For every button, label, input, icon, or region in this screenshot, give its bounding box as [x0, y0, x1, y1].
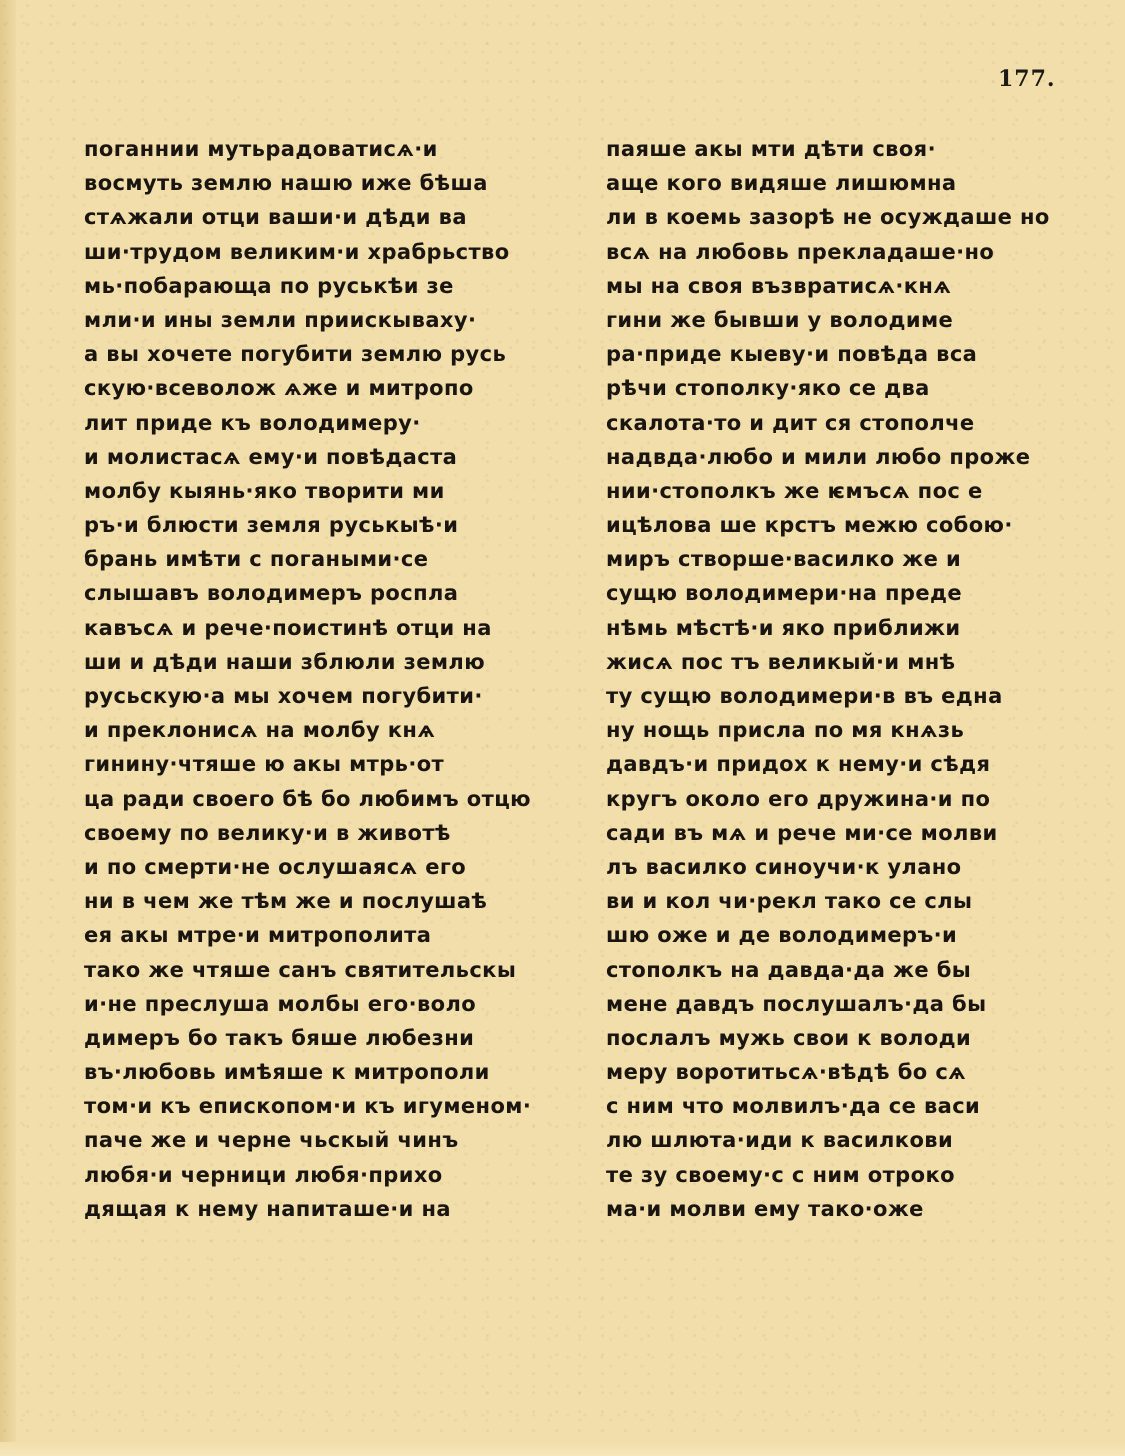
manuscript-line: ши·трудом великим·и храбрьство: [84, 235, 584, 269]
manuscript-line: ли в коемь зазорѣ не осуждаше но: [606, 200, 1076, 234]
manuscript-line: паче же и черне чьскый чинъ: [84, 1123, 584, 1157]
manuscript-line: любя·и черници любя·прихо: [84, 1158, 584, 1192]
manuscript-line: скалота·то и дит ся стополче: [606, 406, 1076, 440]
page-number: 177.: [998, 66, 1056, 92]
manuscript-line: надвда·любо и мили любо проже: [606, 440, 1076, 474]
manuscript-line: сущю володимери·на преде: [606, 576, 1076, 610]
text-column-left: поганнии мутьрадоватисѧ·и восмуть землю …: [84, 132, 584, 1226]
manuscript-line: ръ·и блюсти земля руськыѣ·и: [84, 508, 584, 542]
manuscript-line: и преклонисѧ на молбу кнѧ: [84, 713, 584, 747]
manuscript-line: ма·и молви ему тако·оже: [606, 1192, 1076, 1226]
manuscript-line: стѧжали отци ваши·и дѣди ва: [84, 200, 584, 234]
manuscript-line: русьскую·а мы хочем погубити·: [84, 679, 584, 713]
manuscript-line: ра·приде кыеву·и повѣда вса: [606, 337, 1076, 371]
manuscript-line: жисѧ пос тъ великый·и мнѣ: [606, 645, 1076, 679]
manuscript-line: мене давдъ послушалъ·да бы: [606, 987, 1076, 1021]
manuscript-line: тако же чтяше санъ святительскы: [84, 953, 584, 987]
manuscript-line: и·не преслуша молбы его·воло: [84, 987, 584, 1021]
manuscript-line: миръ створше·василко же и: [606, 542, 1076, 576]
manuscript-line: ну нощь присла по мя кнѧзь: [606, 713, 1076, 747]
text-column-right: паяше акы мти дѣти своя· аще кого видяше…: [606, 132, 1076, 1226]
page-bottom-edge: [0, 1442, 1125, 1456]
manuscript-line: скую·всеволож ѧже и митропо: [84, 371, 584, 405]
manuscript-line: гини же бывши у володиме: [606, 303, 1076, 337]
manuscript-line: въ·любовь имѣяше к митрополи: [84, 1055, 584, 1089]
manuscript-line: димеръ бо такъ бяше любезни: [84, 1021, 584, 1055]
manuscript-line: с ним что молвилъ·да се васи: [606, 1089, 1076, 1123]
manuscript-line: поганнии мутьрадоватисѧ·и: [84, 132, 584, 166]
manuscript-line: сади въ мѧ и рече ми·се молви: [606, 816, 1076, 850]
manuscript-line: нѣмь мѣстѣ·и яко приближи: [606, 611, 1076, 645]
manuscript-line: меру воротитьсѧ·вѣдѣ бо сѧ: [606, 1055, 1076, 1089]
manuscript-line: слышавъ володимеръ росплa: [84, 576, 584, 610]
manuscript-line: нии·стополкъ же ѥмъсѧ пос е: [606, 474, 1076, 508]
manuscript-line: послалъ мужь свои к володи: [606, 1021, 1076, 1055]
manuscript-line: ея акы мтре·и митрополита: [84, 918, 584, 952]
page-left-edge: [0, 0, 16, 1456]
manuscript-line: ицѣлова ше крстъ межю собою·: [606, 508, 1076, 542]
manuscript-line: лит приде къ володимеру·: [84, 406, 584, 440]
manuscript-line: лю шлюта·иди к василкови: [606, 1123, 1076, 1157]
manuscript-line: кругъ около его дружина·и по: [606, 782, 1076, 816]
manuscript-line: шю оже и де володимеръ·и: [606, 918, 1076, 952]
manuscript-line: ни в чем же тѣм же и послушаѣ: [84, 884, 584, 918]
manuscript-line: и по смерти·не ослушаясѧ его: [84, 850, 584, 884]
manuscript-line: восмуть землю нашю иже бѣша: [84, 166, 584, 200]
manuscript-line: а вы хочете погубити землю русь: [84, 337, 584, 371]
manuscript-line: дящая к нему напиташе·и на: [84, 1192, 584, 1226]
manuscript-line: кавъсѧ и рече·поистинѣ отци на: [84, 611, 584, 645]
manuscript-line: давдъ·и придох к нему·и сѣдя: [606, 747, 1076, 781]
manuscript-line: и молистасѧ ему·и повѣдаста: [84, 440, 584, 474]
manuscript-line: гинину·чтяше ю акы мтрь·от: [84, 747, 584, 781]
manuscript-line: всѧ на любовь прекладаше·но: [606, 235, 1076, 269]
manuscript-line: брань имѣти с погаными·се: [84, 542, 584, 576]
manuscript-line: молбу кыянь·яко творити ми: [84, 474, 584, 508]
manuscript-line: паяше акы мти дѣти своя·: [606, 132, 1076, 166]
manuscript-line: мы на своя възвратисѧ·кнѧ: [606, 269, 1076, 303]
manuscript-line: те зу своему·с с ним отрокo: [606, 1158, 1076, 1192]
manuscript-line: ту сущю володимери·в въ една: [606, 679, 1076, 713]
manuscript-line: рѣчи стополку·яко се два: [606, 371, 1076, 405]
manuscript-line: ви и кол чи·рекл тако се слы: [606, 884, 1076, 918]
manuscript-line: своему по велику·и в животѣ: [84, 816, 584, 850]
manuscript-line: ши и дѣди наши зблюли землю: [84, 645, 584, 679]
manuscript-line: мли·и ины земли приискываху·: [84, 303, 584, 337]
manuscript-line: аще кого видяше лишюмна: [606, 166, 1076, 200]
manuscript-line: мь·побарающа по руськѣи зе: [84, 269, 584, 303]
manuscript-line: лъ василко синоучи·к улано: [606, 850, 1076, 884]
manuscript-line: стополкъ на давда·да же бы: [606, 953, 1076, 987]
manuscript-line: том·и къ епископом·и къ игуменом·: [84, 1089, 584, 1123]
manuscript-line: ца ради своего бѣ бо любимъ отцю: [84, 782, 584, 816]
